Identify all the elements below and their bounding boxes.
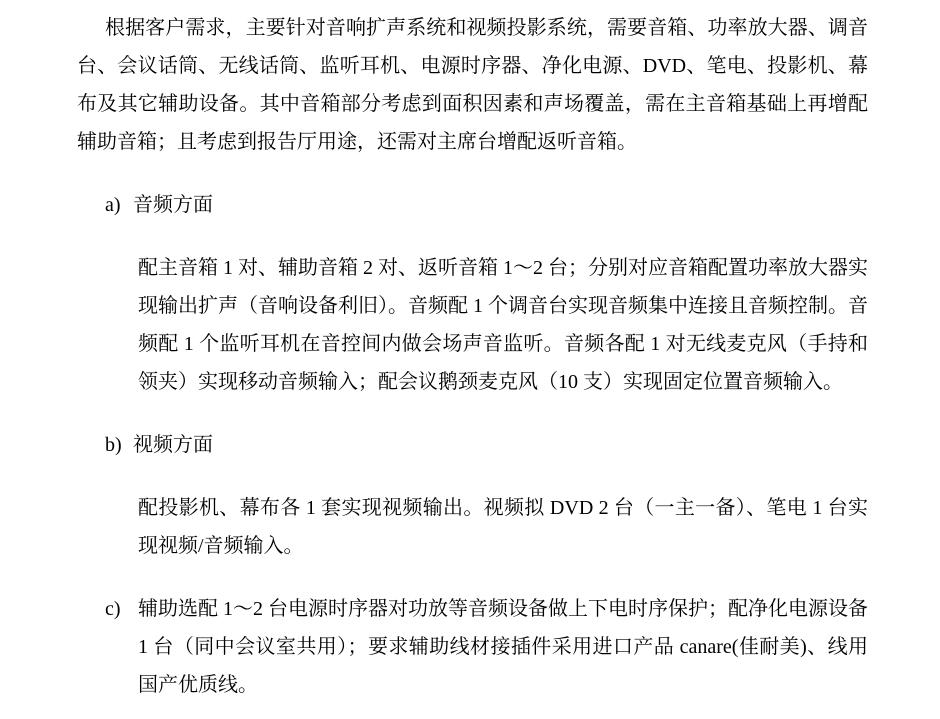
list-item-a-body: 配主音箱 1 对、辅助音箱 2 对、返听音箱 1～2 台；分别对应音箱配置功率放…	[138, 249, 868, 401]
list-item-c: c)辅助选配 1～2 台电源时序器对功放等音频设备做上下电时序保护；配净化电源设…	[105, 590, 868, 704]
list-item-c-marker: c)	[105, 590, 121, 628]
list-item-b-body: 配投影机、幕布各 1 套实现视频输出。视频拟 DVD 2 台（一主一备）、笔电 …	[138, 489, 868, 565]
intro-paragraph: 根据客户需求，主要针对音响扩声系统和视频投影系统，需要音箱、功率放大器、调音台、…	[77, 9, 868, 161]
list-item-a-title: 音频方面	[133, 194, 213, 216]
list-item-c-body: 辅助选配 1～2 台电源时序器对功放等音频设备做上下电时序保护；配净化电源设备 …	[138, 598, 868, 696]
list-item-a-heading: a) 音频方面	[105, 186, 868, 224]
document-page: 根据客户需求，主要针对音响扩声系统和视频投影系统，需要音箱、功率放大器、调音台、…	[0, 0, 940, 719]
list-item-b-heading: b) 视频方面	[105, 426, 868, 464]
list-item-b-title: 视频方面	[133, 434, 213, 456]
list-item-b-marker: b)	[105, 426, 122, 464]
list-item-a-marker: a)	[105, 186, 121, 224]
